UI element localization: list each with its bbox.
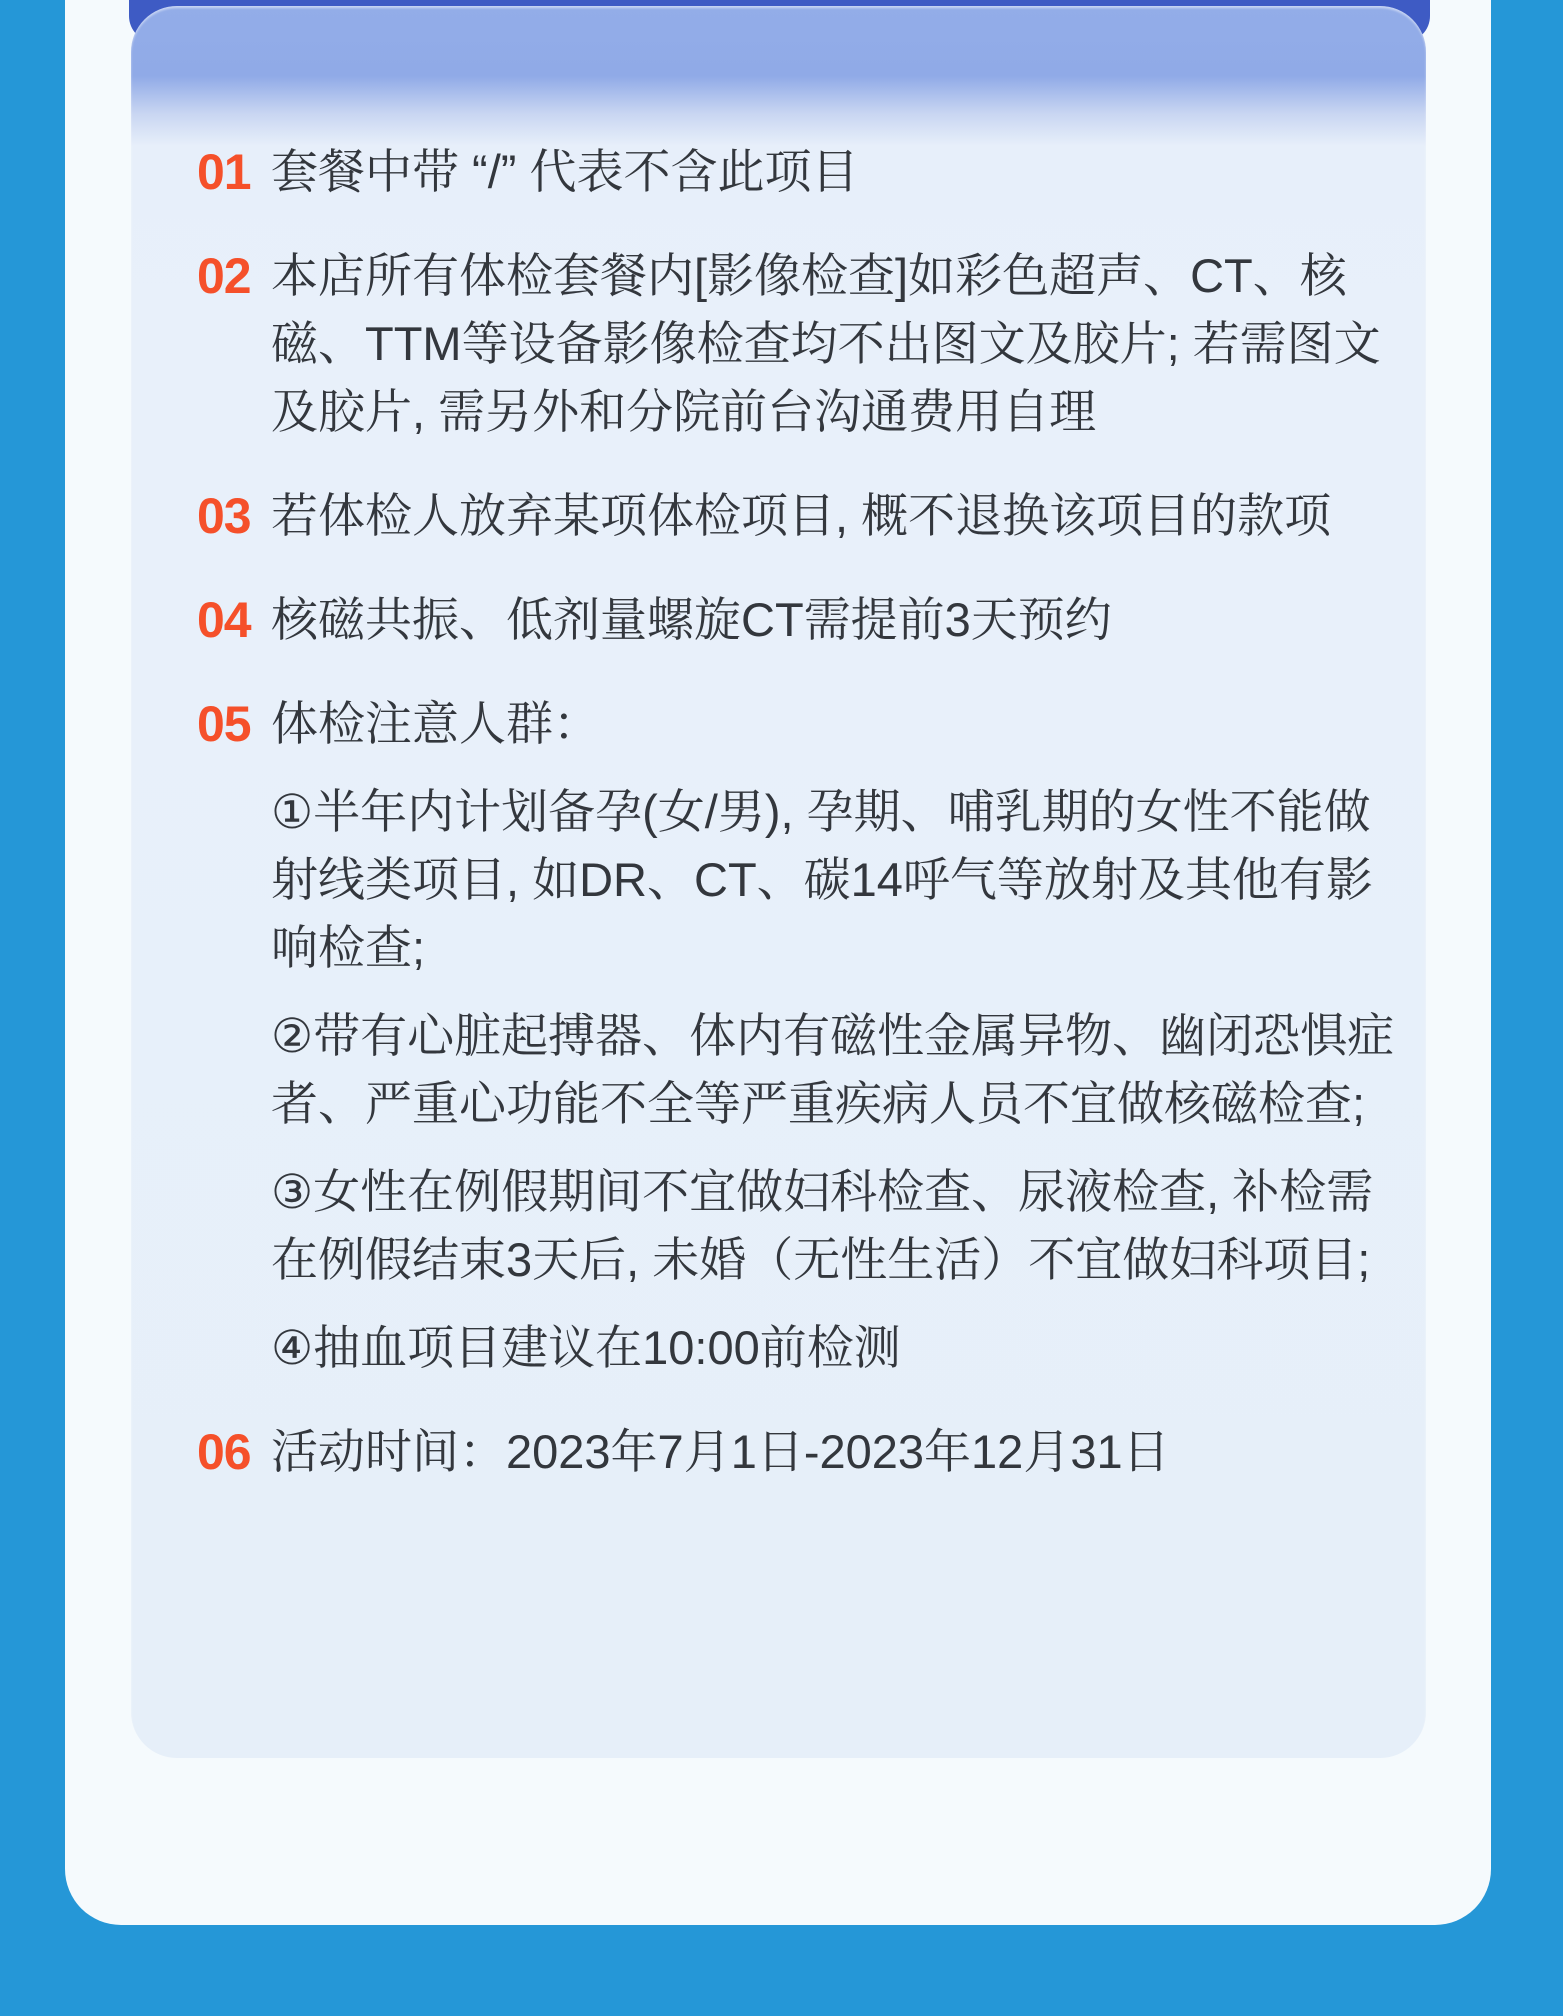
note-text: 本店所有体检套餐内[影像检查]如彩色超声、CT、核磁、TTM等设备影像检查均不出…	[271, 242, 1411, 446]
note-item-01: 01 套餐中带 “/” 代表不含此项目	[197, 138, 1411, 206]
note-number: 02	[197, 242, 271, 310]
note-number: 05	[197, 690, 271, 758]
note-subitem-2: ②带有心脏起搏器、体内有磁性金属异物、幽闭恐惧症者、严重心功能不全等严重疾病人员…	[271, 1002, 1411, 1138]
outer-card: 01 套餐中带 “/” 代表不含此项目 02 本店所有体检套餐内[影像检查]如彩…	[65, 0, 1491, 1925]
note-text: 体检注意人群：	[271, 690, 1411, 758]
note-number: 01	[197, 138, 271, 206]
note-item-02: 02 本店所有体检套餐内[影像检查]如彩色超声、CT、核磁、TTM等设备影像检查…	[197, 242, 1411, 446]
note-text: 核磁共振、低剂量螺旋CT需提前3天预约	[271, 586, 1411, 654]
notes-list: 01 套餐中带 “/” 代表不含此项目 02 本店所有体检套餐内[影像检查]如彩…	[197, 6, 1411, 1486]
note-item-03: 03 若体检人放弃某项体检项目, 概不退换该项目的款项	[197, 482, 1411, 550]
note-number: 04	[197, 586, 271, 654]
note-item-05: 05 体检注意人群： ①半年内计划备孕(女/男), 孕期、哺乳期的女性不能做射线…	[197, 690, 1411, 1382]
note-text: 若体检人放弃某项体检项目, 概不退换该项目的款项	[271, 482, 1411, 550]
note-subitem-1: ①半年内计划备孕(女/男), 孕期、哺乳期的女性不能做射线类项目, 如DR、CT…	[271, 778, 1411, 982]
note-number: 03	[197, 482, 271, 550]
notes-panel: 01 套餐中带 “/” 代表不含此项目 02 本店所有体检套餐内[影像检查]如彩…	[131, 6, 1426, 1758]
note-subitem-4: ④抽血项目建议在10:00前检测	[271, 1314, 1411, 1382]
note-item-04: 04 核磁共振、低剂量螺旋CT需提前3天预约	[197, 586, 1411, 654]
note-text: 活动时间：2023年7月1日-2023年12月31日	[271, 1418, 1411, 1486]
note-text: 套餐中带 “/” 代表不含此项目	[271, 138, 1411, 206]
note-subitem-3: ③女性在例假期间不宜做妇科检查、尿液检查, 补检需在例假结束3天后, 未婚（无性…	[271, 1158, 1411, 1294]
note-number: 06	[197, 1418, 271, 1486]
note-item-06: 06 活动时间：2023年7月1日-2023年12月31日	[197, 1418, 1411, 1486]
note-body: 体检注意人群： ①半年内计划备孕(女/男), 孕期、哺乳期的女性不能做射线类项目…	[271, 690, 1411, 1382]
